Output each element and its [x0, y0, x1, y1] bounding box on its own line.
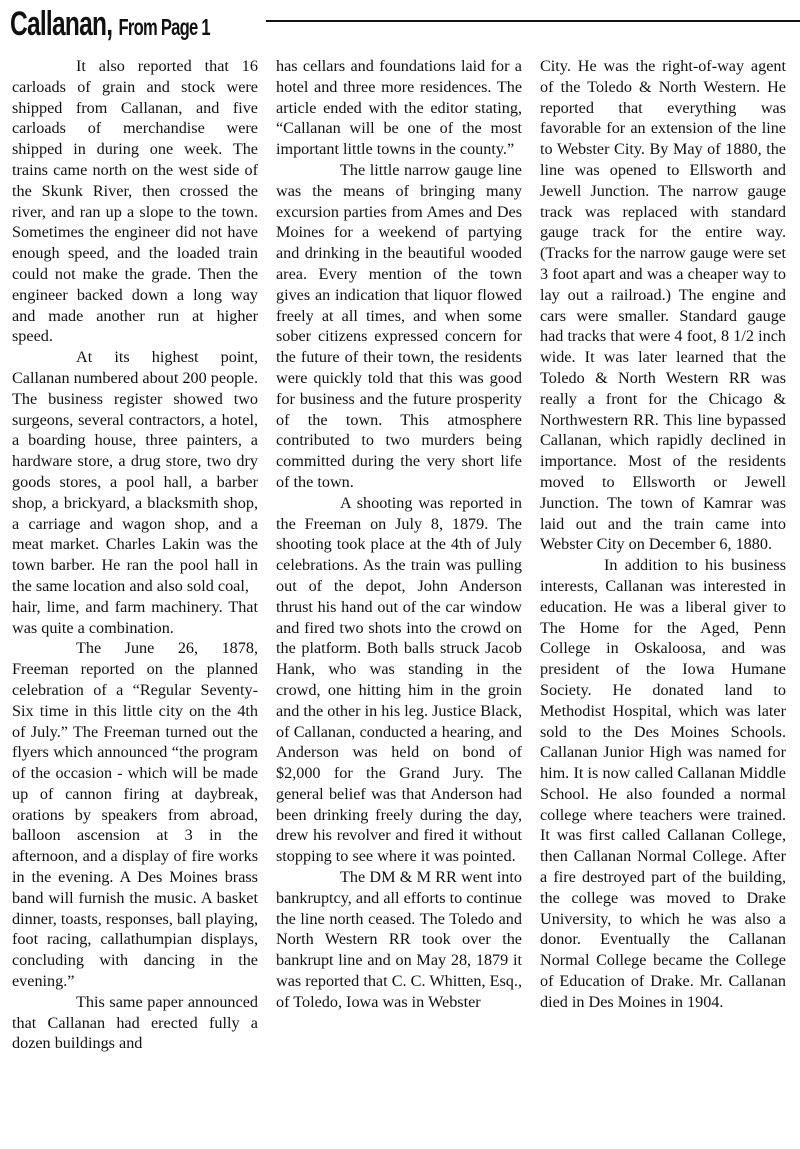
paragraph: At its highest point, Callanan numbered …: [12, 347, 258, 597]
paragraph: It also reported that 16 carloads of gra…: [12, 56, 258, 347]
paragraph: has cellars and foundations laid for a h…: [276, 56, 522, 160]
title-continuation: From Page 1: [118, 14, 209, 40]
paragraph: This same paper announced that Callanan …: [12, 992, 258, 1054]
column-3: City. He was the right-of-way agent of t…: [540, 56, 786, 1013]
paragraph: City. He was the right-of-way agent of t…: [540, 56, 786, 555]
page-title: Callanan, From Page 1: [10, 7, 210, 41]
paragraph: The June 26, 1878, Freeman reported on t…: [12, 638, 258, 992]
article-body: It also reported that 16 carloads of gra…: [0, 56, 800, 1146]
header-rule: [266, 20, 800, 22]
column-1: It also reported that 16 carloads of gra…: [12, 56, 258, 1054]
column-2: has cellars and foundations laid for a h…: [276, 56, 522, 1013]
paragraph: In addition to his business interests, C…: [540, 555, 786, 1013]
paragraph: The DM & M RR went into bankruptcy, and …: [276, 867, 522, 1013]
paragraph: A shooting was reported in the Freeman o…: [276, 493, 522, 867]
paragraph: hair, lime, and farm machinery. That was…: [12, 597, 258, 639]
article-header: Callanan, From Page 1: [10, 4, 792, 44]
paragraph: The little narrow gauge line was the mea…: [276, 160, 522, 493]
title-main: Callanan,: [10, 5, 112, 43]
